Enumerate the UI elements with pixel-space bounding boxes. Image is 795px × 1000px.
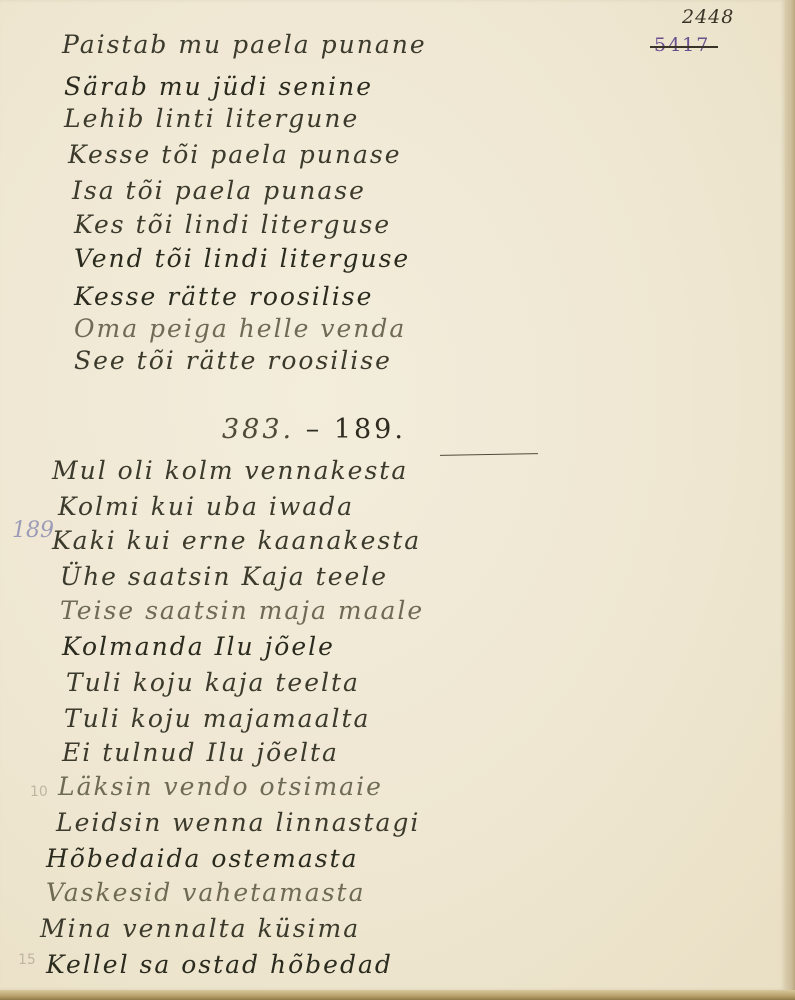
verse-line: Leidsin wenna linnastagi	[56, 808, 420, 837]
margin-line-marker-10: 10	[30, 784, 48, 800]
verse-line: Kolmanda Ilu jõele	[62, 632, 335, 661]
verse-line: Tuli koju majamaalta	[64, 704, 370, 733]
section-heading: 383. – 189.	[222, 414, 406, 445]
verse-line: Tuli koju kaja teelta	[66, 668, 360, 697]
verse-line: Hõbedaida ostemasta	[46, 844, 359, 873]
verse-line: Vend tõi lindi literguse	[74, 244, 410, 273]
verse-line: Kolmi kui uba iwada	[58, 492, 354, 521]
verse-line: Teise saatsin maja maale	[60, 596, 424, 625]
old-archive-number-struck: 5417	[654, 34, 710, 56]
verse-line: Kaki kui erne kaanakesta	[52, 526, 421, 555]
verse-line: Särab mu jüdi senine	[64, 72, 373, 101]
section-separator: –	[306, 414, 323, 445]
page-edge-right	[785, 0, 795, 1000]
old-number-text: 5417	[654, 34, 710, 56]
section-number: 383.	[222, 414, 294, 445]
verse-line: Kellel sa ostad hõbedad	[46, 950, 393, 979]
verse-line: Oma peiga helle venda	[74, 314, 406, 343]
verse-line: Mina vennalta küsima	[40, 914, 360, 943]
verse-line: See tõi rätte roosilise	[74, 346, 392, 375]
verse-line: Ühe saatsin Kaja teele	[60, 562, 388, 591]
verse-line: Läksin vendo otsimaie	[58, 772, 383, 801]
manuscript-page: 2448 5417 Paistab mu paela punane Särab …	[0, 0, 785, 990]
verse-line: Mul oli kolm vennakesta	[52, 456, 408, 485]
verse-line: Lehib linti litergune	[64, 104, 359, 133]
page-edge-bottom	[0, 990, 795, 1000]
strikethrough-line	[650, 46, 718, 48]
archive-number: 2448	[682, 6, 734, 28]
verse-line: Kesse tõi paela punase	[68, 140, 402, 169]
verse-line: Ei tulnud Ilu jõelta	[62, 738, 339, 767]
verse-line: Vaskesid vahetamasta	[46, 878, 365, 907]
margin-variant-reference: 189	[12, 518, 54, 543]
heading-rule	[440, 453, 538, 456]
margin-line-marker-15: 15	[18, 952, 36, 968]
verse-line: Kes tõi lindi literguse	[74, 210, 391, 239]
verse-line: Isa tõi paela punase	[72, 176, 366, 205]
verse-line: Paistab mu paela punane	[62, 30, 427, 59]
section-variant-number: 189.	[334, 414, 406, 445]
verse-line: Kesse rätte roosilise	[74, 282, 373, 311]
